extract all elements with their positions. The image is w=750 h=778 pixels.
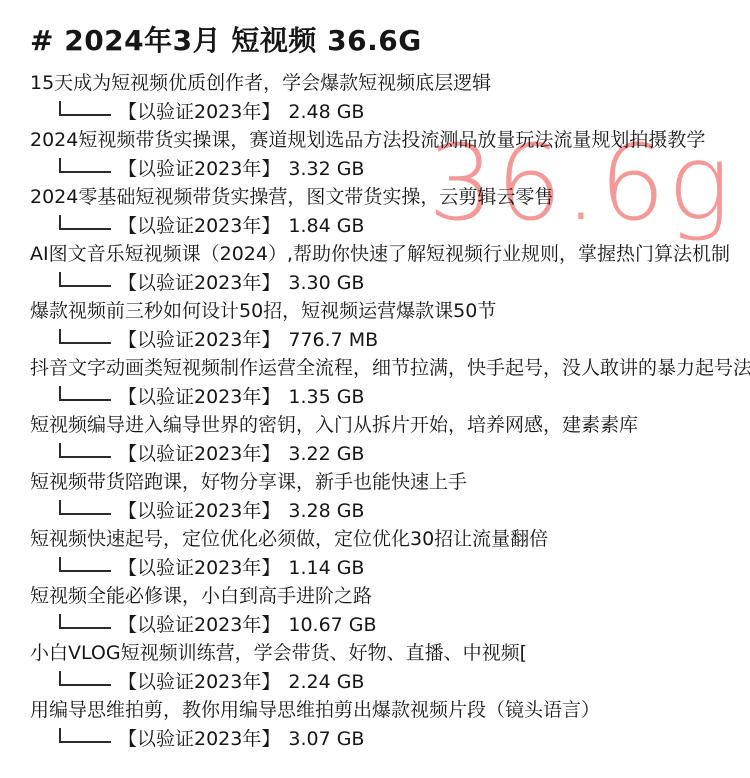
- list-item: 爆款视频前三秒如何设计50招，短视频运营爆款课50节 【以验证2023年】776…: [30, 297, 740, 354]
- file-size: 3.07 GB: [288, 728, 364, 750]
- document-page: 36.6g # 2024年3月 短视频 36.6G 15天成为短视频优质创作者，…: [0, 0, 750, 778]
- list-item: 2024零基础短视频带货实操营，图文带货实操，云剪辑云零售 【以验证2023年】…: [30, 183, 740, 240]
- list-item: 短视频带货陪跑课，好物分享课，新手也能快速上手 【以验证2023年】3.28 G…: [30, 468, 740, 525]
- verify-badge: 【以验证2023年】: [118, 101, 280, 123]
- item-title: AI图文音乐短视频课（2024）,帮助你快速了解短视频行业规则，掌握热门算法机制: [30, 240, 740, 269]
- file-size: 3.32 GB: [288, 158, 364, 180]
- item-title: 短视频编导进入编导世界的密钥，入门从拆片开始，培养网感，建素素库: [30, 411, 740, 440]
- list-item: 短视频快速起号，定位优化必须做，定位优化30招让流量翻倍 【以验证2023年】1…: [30, 525, 740, 582]
- verify-badge: 【以验证2023年】: [118, 614, 280, 636]
- list-item: 短视频全能必修课，小白到高手进阶之路 【以验证2023年】10.67 GB: [30, 582, 740, 639]
- list-item: 小白VLOG短视频训练营，学会带货、好物、直播、中视频[ 【以验证2023年】2…: [30, 639, 740, 696]
- file-size: 3.30 GB: [288, 272, 364, 294]
- list-item: 15天成为短视频优质创作者，学会爆款短视频底层逻辑 【以验证2023年】2.48…: [30, 69, 740, 126]
- verify-badge: 【以验证2023年】: [118, 671, 280, 693]
- list-item: 用编导思维拍剪，教你用编导思维拍剪出爆款视频片段（镜头语言） 【以验证2023年…: [30, 696, 740, 753]
- item-title: 15天成为短视频优质创作者，学会爆款短视频底层逻辑: [30, 69, 740, 98]
- item-title: 短视频快速起号，定位优化必须做，定位优化30招让流量翻倍: [30, 525, 740, 554]
- item-title: 抖音文字动画类短视频制作运营全流程，细节拉满，快手起号，没人敢讲的暴力起号法: [30, 354, 740, 383]
- file-size: 1.84 GB: [288, 215, 364, 237]
- verify-badge: 【以验证2023年】: [118, 500, 280, 522]
- verify-badge: 【以验证2023年】: [118, 386, 280, 408]
- tree-branch-icon: [59, 386, 111, 401]
- file-size: 2.24 GB: [288, 671, 364, 693]
- item-size-line: 【以验证2023年】3.22 GB: [30, 440, 740, 469]
- item-title: 爆款视频前三秒如何设计50招，短视频运营爆款课50节: [30, 297, 740, 326]
- page-title: # 2024年3月 短视频 36.6G: [30, 24, 740, 58]
- file-size: 10.67 GB: [288, 614, 376, 636]
- verify-badge: 【以验证2023年】: [118, 158, 280, 180]
- file-size: 3.22 GB: [288, 443, 364, 465]
- item-size-line: 【以验证2023年】1.35 GB: [30, 383, 740, 412]
- item-title: 短视频全能必修课，小白到高手进阶之路: [30, 582, 740, 611]
- item-title: 2024短视频带货实操课，赛道规划选品方法投流测品放量玩法流量规划拍摄教学: [30, 126, 740, 155]
- list-item: AI图文音乐短视频课（2024）,帮助你快速了解短视频行业规则，掌握热门算法机制…: [30, 240, 740, 297]
- list-item: 抖音文字动画类短视频制作运营全流程，细节拉满，快手起号，没人敢讲的暴力起号法 【…: [30, 354, 740, 411]
- file-size: 1.14 GB: [288, 557, 364, 579]
- tree-branch-icon: [59, 158, 111, 173]
- tree-branch-icon: [59, 614, 111, 629]
- verify-badge: 【以验证2023年】: [118, 272, 280, 294]
- item-size-line: 【以验证2023年】1.14 GB: [30, 554, 740, 583]
- tree-branch-icon: [59, 272, 111, 287]
- item-size-line: 【以验证2023年】10.67 GB: [30, 611, 740, 640]
- file-size: 2.48 GB: [288, 101, 364, 123]
- verify-badge: 【以验证2023年】: [118, 557, 280, 579]
- course-list: 15天成为短视频优质创作者，学会爆款短视频底层逻辑 【以验证2023年】2.48…: [30, 69, 740, 753]
- item-size-line: 【以验证2023年】2.48 GB: [30, 98, 740, 127]
- item-title: 短视频带货陪跑课，好物分享课，新手也能快速上手: [30, 468, 740, 497]
- verify-badge: 【以验证2023年】: [118, 329, 280, 351]
- list-item: 2024短视频带货实操课，赛道规划选品方法投流测品放量玩法流量规划拍摄教学 【以…: [30, 126, 740, 183]
- verify-badge: 【以验证2023年】: [118, 215, 280, 237]
- tree-branch-icon: [59, 443, 111, 458]
- tree-branch-icon: [59, 329, 111, 344]
- item-size-line: 【以验证2023年】1.84 GB: [30, 212, 740, 241]
- file-size: 3.28 GB: [288, 500, 364, 522]
- file-size: 776.7 MB: [288, 329, 378, 351]
- item-size-line: 【以验证2023年】3.30 GB: [30, 269, 740, 298]
- tree-branch-icon: [59, 500, 111, 515]
- tree-branch-icon: [59, 101, 111, 116]
- tree-branch-icon: [59, 728, 111, 743]
- file-size: 1.35 GB: [288, 386, 364, 408]
- item-size-line: 【以验证2023年】3.07 GB: [30, 725, 740, 754]
- item-size-line: 【以验证2023年】2.24 GB: [30, 668, 740, 697]
- verify-badge: 【以验证2023年】: [118, 728, 280, 750]
- item-title: 用编导思维拍剪，教你用编导思维拍剪出爆款视频片段（镜头语言）: [30, 696, 740, 725]
- tree-branch-icon: [59, 215, 111, 230]
- verify-badge: 【以验证2023年】: [118, 443, 280, 465]
- tree-branch-icon: [59, 557, 111, 572]
- item-size-line: 【以验证2023年】776.7 MB: [30, 326, 740, 355]
- item-size-line: 【以验证2023年】3.32 GB: [30, 155, 740, 184]
- list-item: 短视频编导进入编导世界的密钥，入门从拆片开始，培养网感，建素素库 【以验证202…: [30, 411, 740, 468]
- tree-branch-icon: [59, 671, 111, 686]
- item-size-line: 【以验证2023年】3.28 GB: [30, 497, 740, 526]
- item-title: 2024零基础短视频带货实操营，图文带货实操，云剪辑云零售: [30, 183, 740, 212]
- item-title: 小白VLOG短视频训练营，学会带货、好物、直播、中视频[: [30, 639, 740, 668]
